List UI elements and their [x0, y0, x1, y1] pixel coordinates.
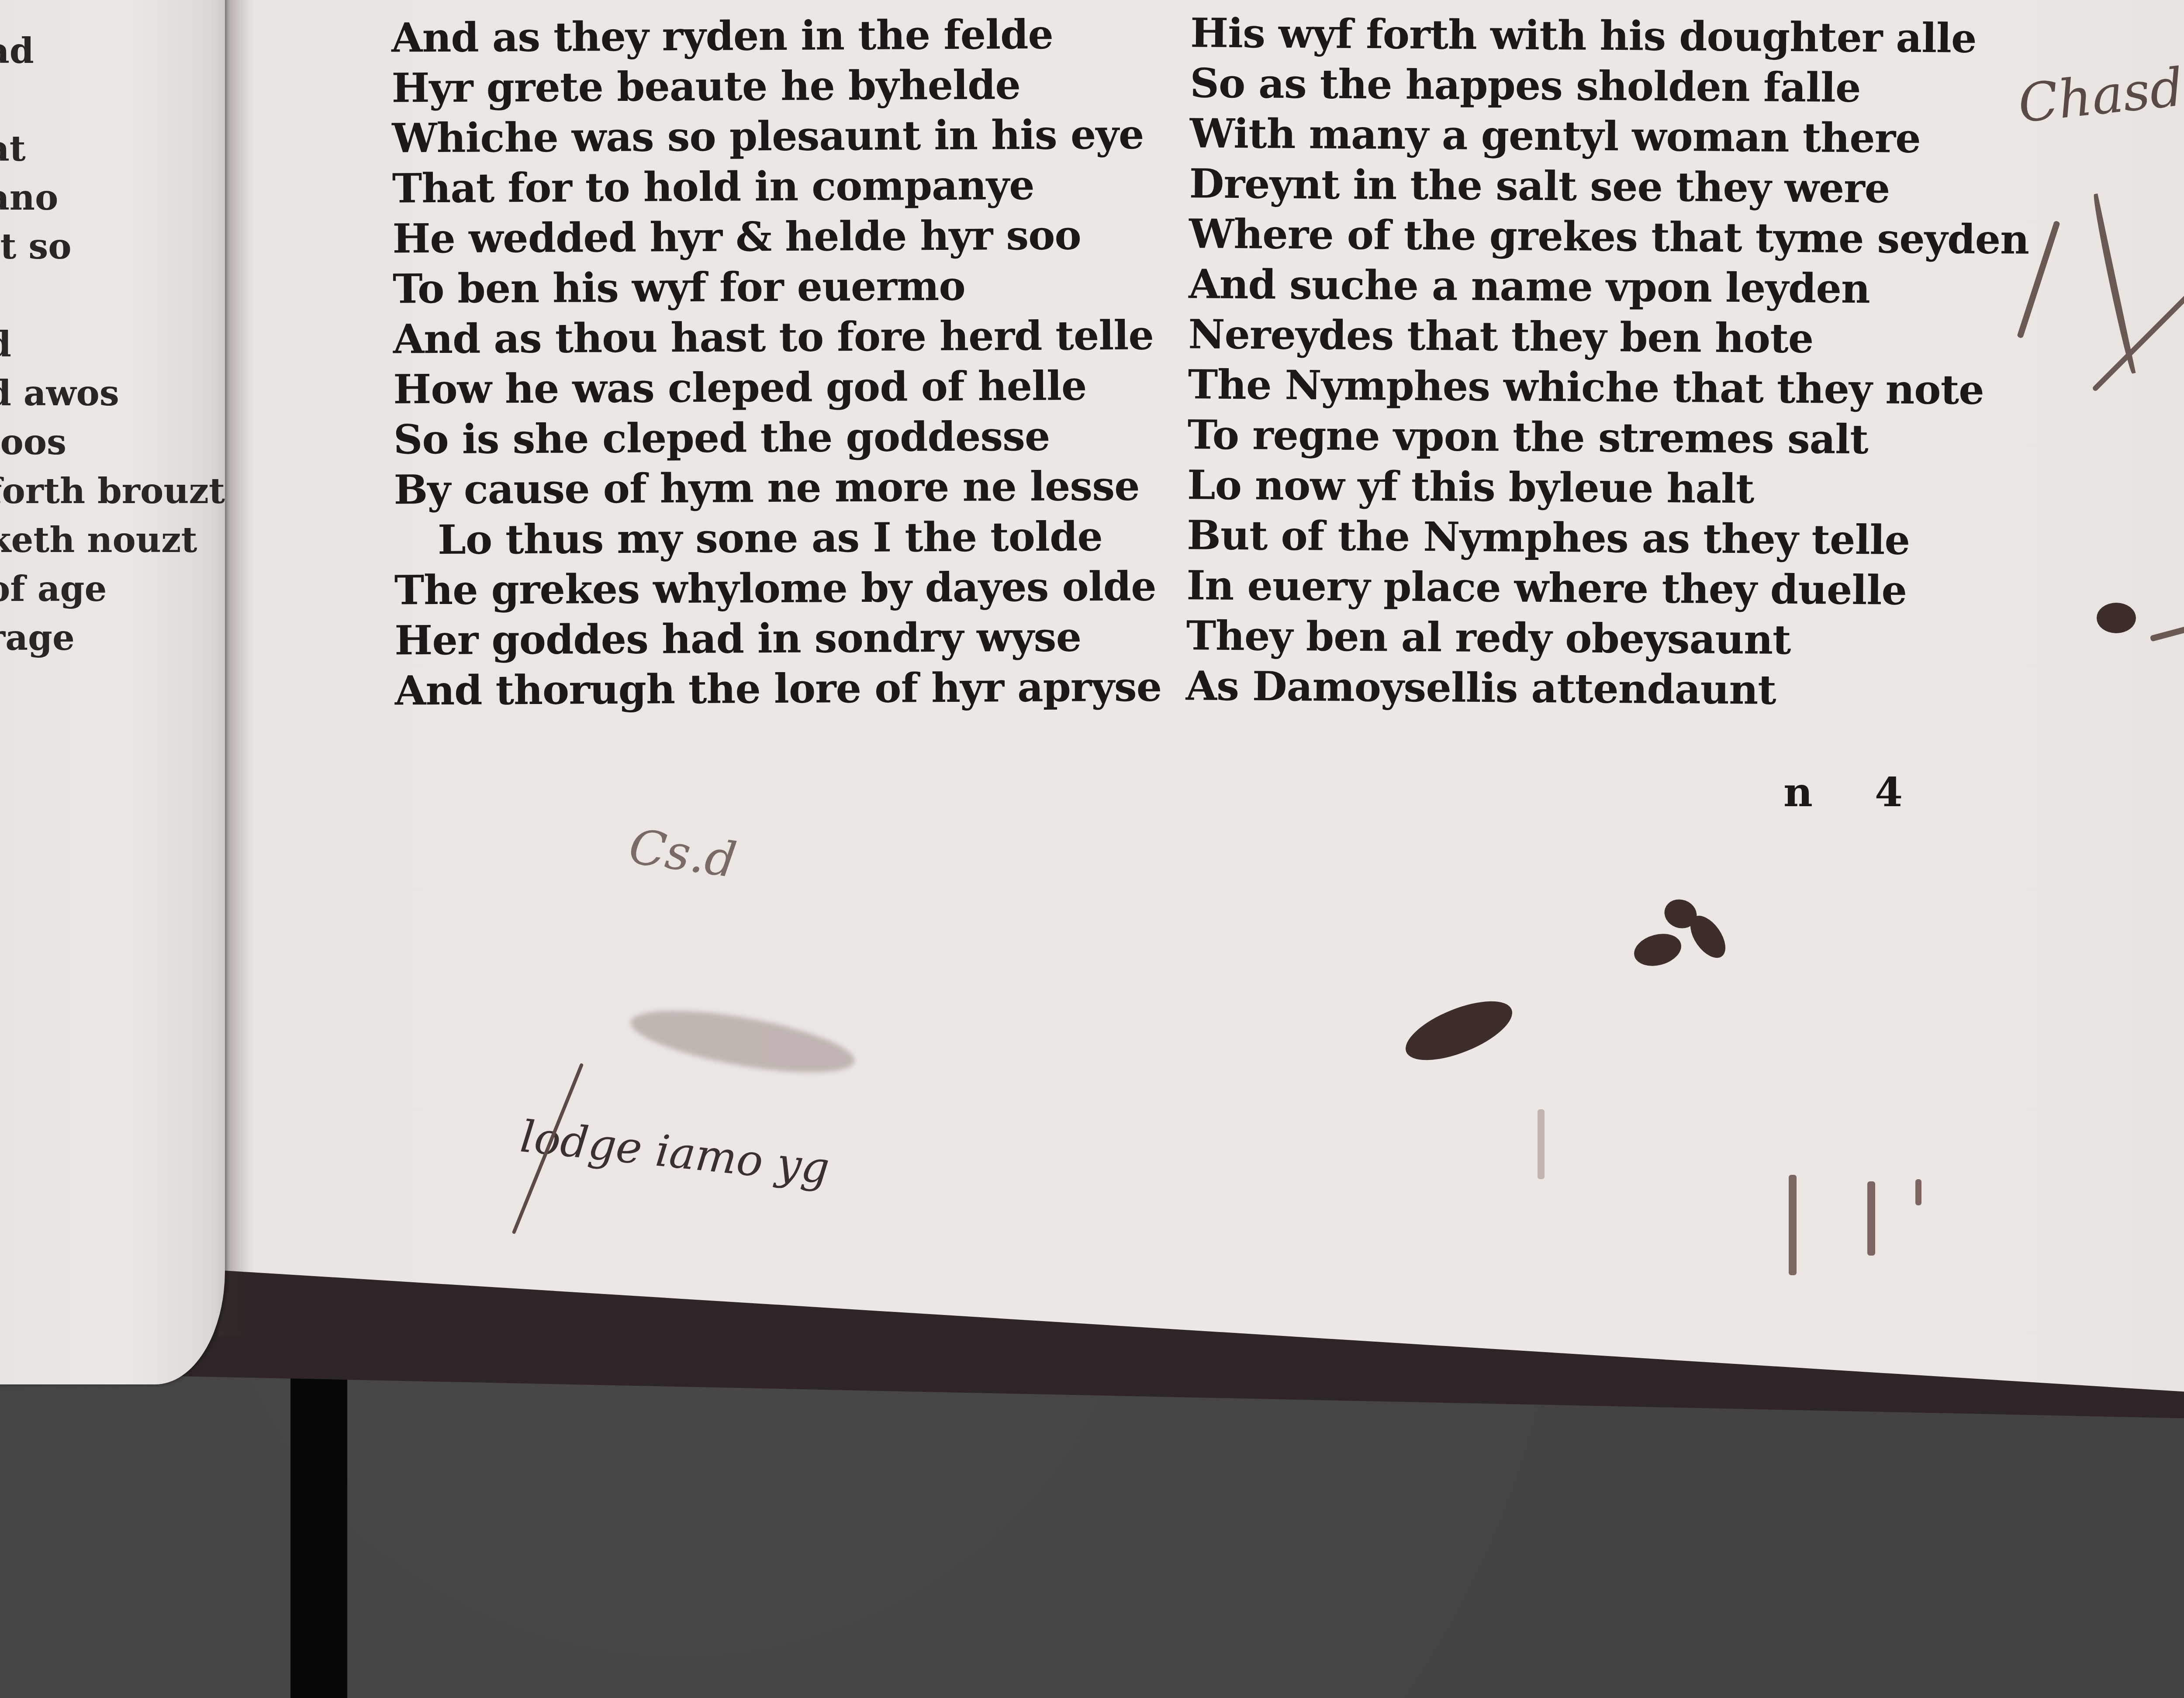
verso-page-edge: ad at ano it so d d awos loos forth brou… [0, 0, 225, 1384]
verse-line: As Damoysellis attendaunt [1185, 661, 2026, 717]
left-verse-column: And as they ryden in the felde Hyr grete… [391, 9, 1162, 716]
verse-line: So as the happes sholden falle [1190, 58, 2030, 114]
verso-line: d [0, 320, 225, 369]
verse-line: Whiche was so plesaunt in his eye [392, 109, 1159, 163]
verse-line: Her goddes had in sondry wyse [394, 611, 1161, 666]
verse-line: The grekes whylome by dayes olde [394, 561, 1161, 615]
verse-line: How he was cleped god of helle [393, 360, 1160, 414]
verse-line-indented: Lo thus my sone as I the tolde [394, 511, 1161, 565]
verse-line: And as they ryden in the felde [391, 9, 1158, 63]
verse-line: So is she cleped the goddesse [394, 411, 1161, 465]
ink-drip [1867, 1181, 1875, 1256]
verso-line: ano [0, 173, 225, 222]
ink-drip [1538, 1109, 1545, 1179]
verse-line: To regne vpon the stremes salt [1187, 410, 2028, 466]
verse-line: Nereydes that they ben hote [1188, 309, 2028, 365]
verse-line: Hyr grete beaute he byhelde [391, 59, 1158, 113]
verse-line: In euery place where they duelle [1186, 560, 2027, 616]
ink-drip [1915, 1179, 1921, 1205]
verse-line: With many a gentyl woman there [1189, 108, 2030, 164]
verso-line: d awos [0, 369, 225, 418]
signature-mark: n 4 [1783, 769, 1903, 816]
verse-line: They ben al redy obeysaunt [1186, 611, 2026, 666]
verso-text-fragments: ad at ano it so d d awos loos forth brou… [0, 26, 225, 662]
verse-line: The Nymphes whiche that they note [1188, 359, 2028, 415]
black-support-strip [290, 1345, 347, 1698]
right-verse-column: His wyf forth with his doughter alle So … [1185, 8, 2030, 717]
verso-line: at [0, 124, 225, 173]
ink-blot [2097, 603, 2136, 633]
verso-line [0, 75, 225, 124]
verse-line: To ben his wyf for euermo [393, 260, 1160, 314]
ink-drip [1789, 1175, 1797, 1275]
verse-line: He wedded hyr & helde hyr soo [392, 210, 1159, 264]
verso-line: keth nouzt [0, 515, 225, 564]
verse-line: Where of the grekes that tyme seyden [1189, 209, 2029, 265]
verso-line: it so [0, 222, 225, 271]
verso-line: ad [0, 26, 225, 75]
verso-line: forth brouzt [0, 466, 225, 515]
verse-line: Lo now yf this byleue halt [1187, 460, 2028, 516]
verso-line: loos [0, 418, 225, 466]
verso-line: rage [0, 613, 225, 662]
verse-line: That for to hold in companye [392, 159, 1159, 214]
verso-line: of age [0, 564, 225, 613]
verse-line: By cause of hym ne more ne lesse [394, 461, 1161, 515]
verse-line: His wyf forth with his doughter alle [1190, 8, 2031, 64]
verse-line: But of the Nymphes as they telle [1187, 510, 2027, 566]
verse-line: And as thou hast to fore herd telle [393, 310, 1160, 364]
verse-line: And thorugh the lore of hyr apryse [395, 662, 1162, 716]
verse-line: And suche a name vpon leyden [1189, 259, 2029, 315]
verse-line: Dreynt in the salt see they were [1189, 159, 2029, 214]
verso-line [0, 271, 225, 320]
